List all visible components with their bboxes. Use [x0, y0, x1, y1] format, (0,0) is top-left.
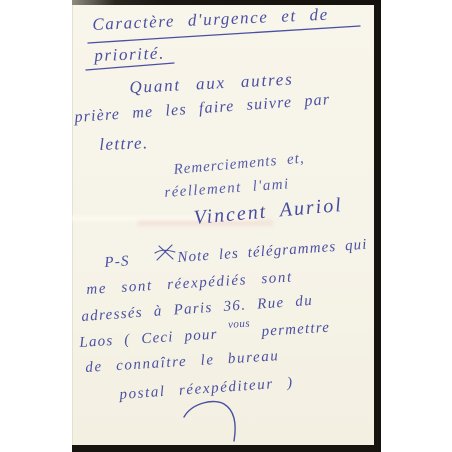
ps-line-4-inserted-word: vous	[228, 318, 251, 331]
letter-scan: Caractère d'urgence et de priorité. Quan…	[0, 0, 452, 452]
body-line-3: lettre.	[99, 134, 149, 153]
ps-label: P-S	[104, 254, 130, 271]
heading-line-2: priorité.	[94, 45, 165, 64]
